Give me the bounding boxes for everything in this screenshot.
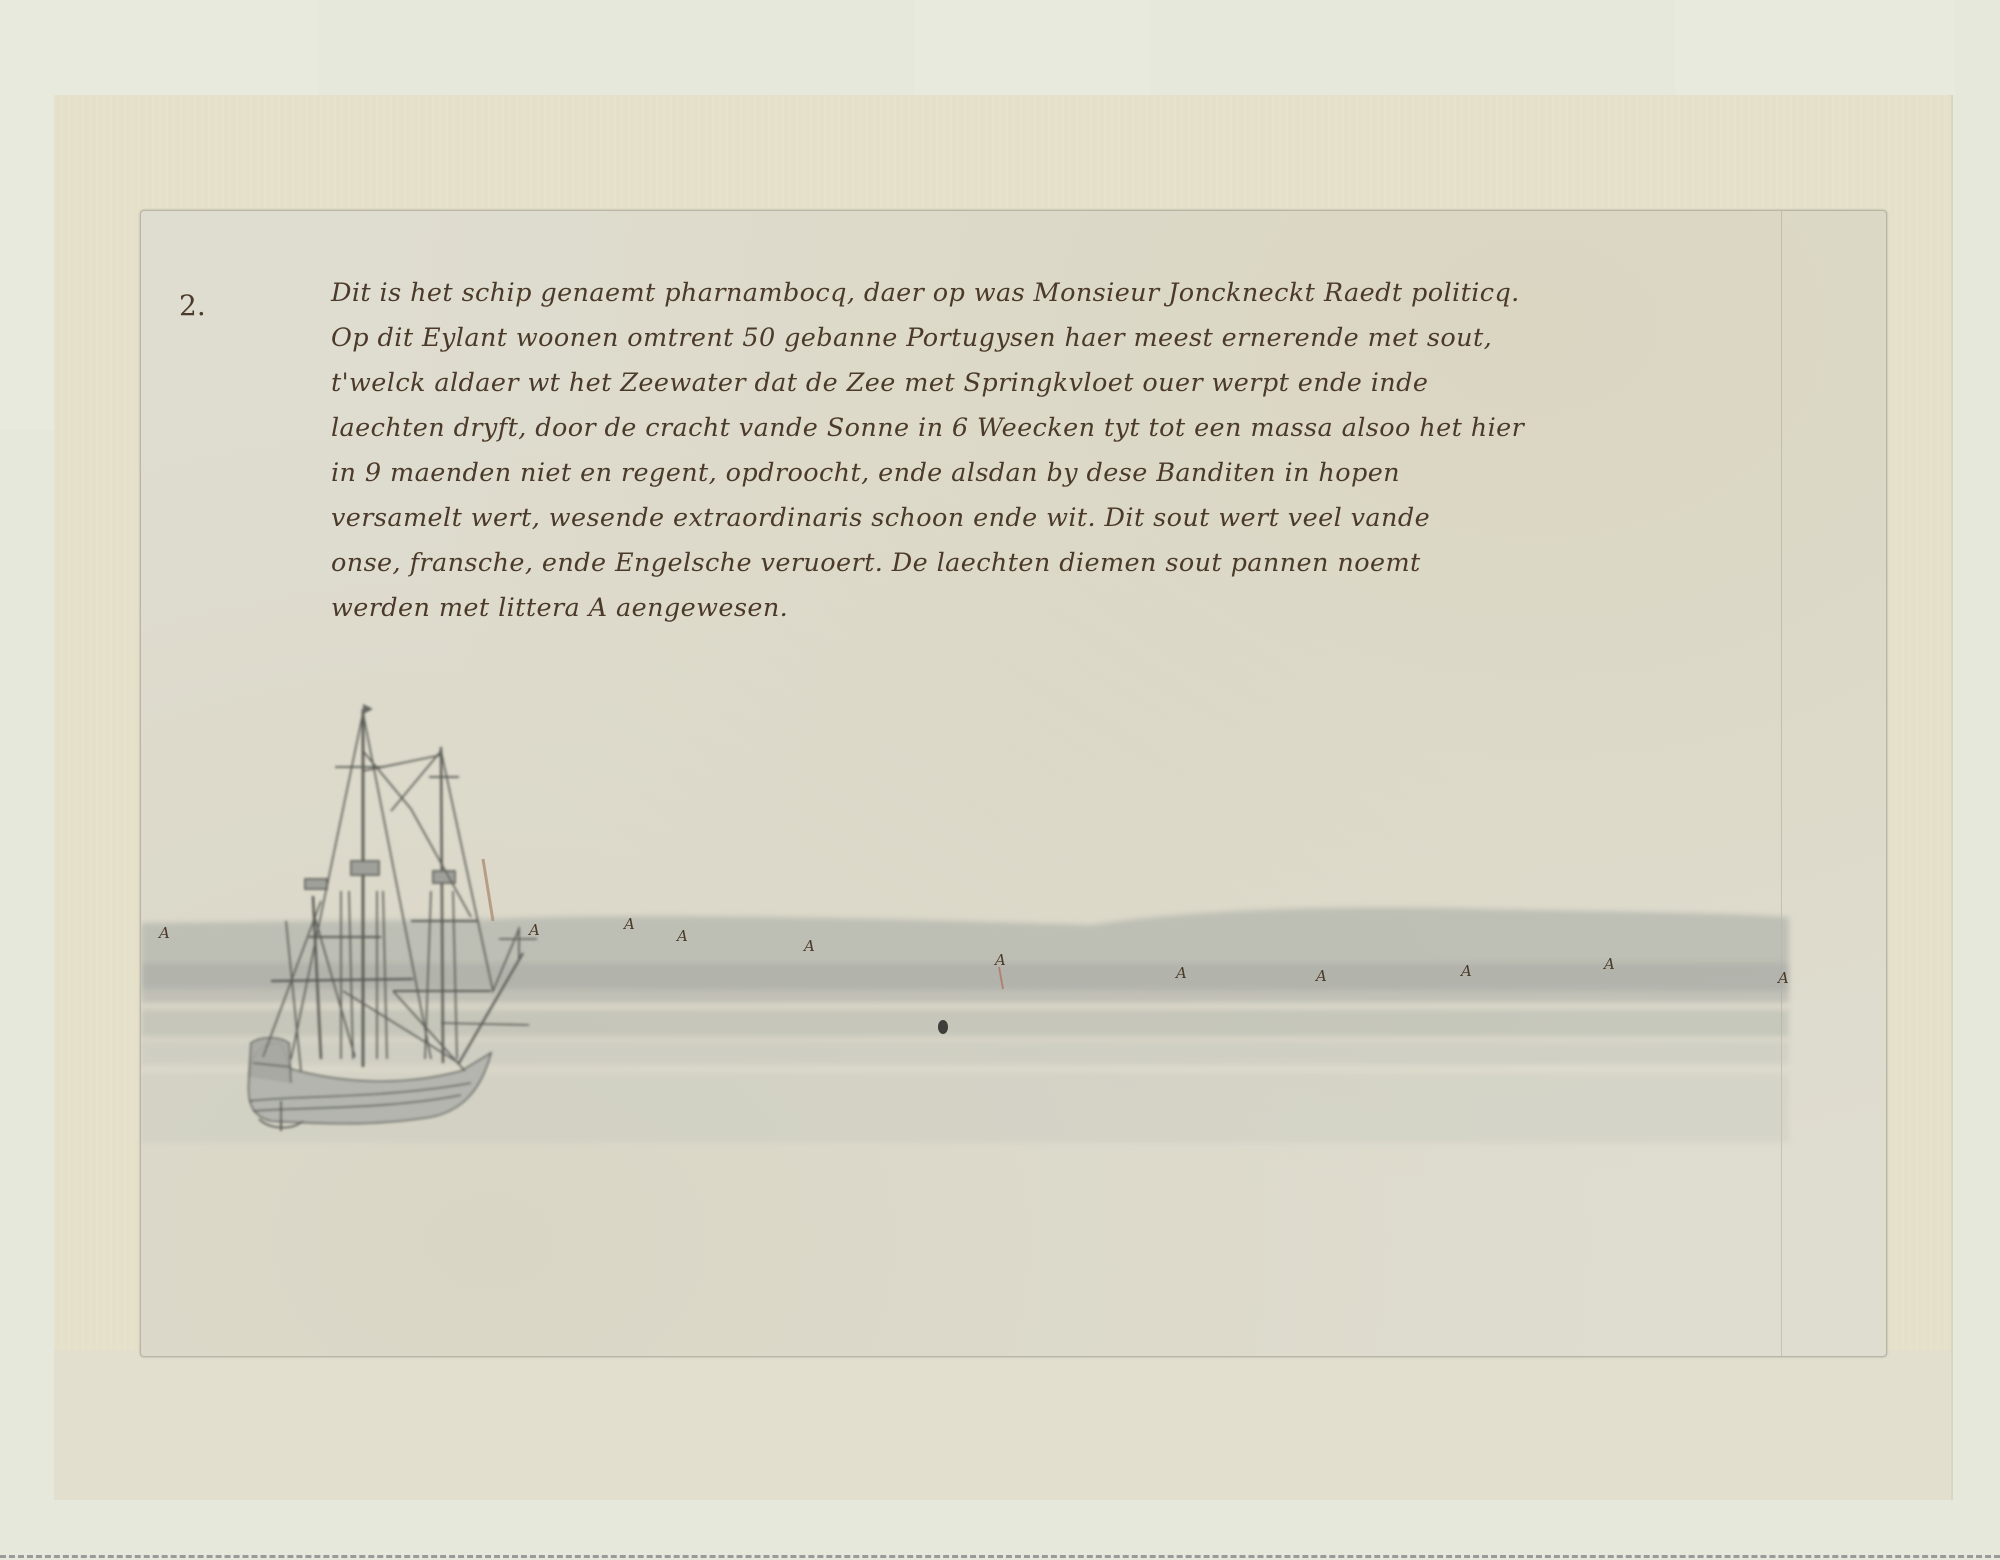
mount-tab — [56, 0, 318, 100]
manuscript-sheet: 2. Dit is het schip genaemt pharnambocq,… — [140, 210, 1887, 1357]
mounting-mat-bottom — [54, 1350, 1951, 1500]
svg-text:A: A — [1459, 962, 1472, 980]
mount-tab — [915, 0, 1150, 105]
svg-text:A: A — [622, 915, 635, 933]
svg-text:A: A — [802, 937, 815, 955]
svg-text:A: A — [527, 921, 540, 939]
svg-text:A: A — [1174, 964, 1187, 982]
mount-tab — [0, 0, 56, 430]
inscription-line: Op dit Eylant woonen omtrent 50 gebanne … — [331, 316, 1751, 361]
svg-text:A: A — [157, 924, 170, 942]
svg-text:A: A — [1602, 955, 1615, 973]
page-number: 2. — [179, 289, 206, 322]
scan-edge — [0, 1555, 2000, 1558]
svg-text:A: A — [675, 927, 688, 945]
inscription-line: in 9 maenden niet en regent, opdroocht, … — [331, 451, 1751, 496]
svg-text:A: A — [1776, 969, 1789, 987]
inscription-line: Dit is het schip genaemt pharnambocq, da… — [331, 271, 1751, 316]
inscription-text: Dit is het schip genaemt pharnambocq, da… — [331, 271, 1751, 631]
svg-text:A: A — [993, 951, 1006, 969]
inscription-line: versamelt wert, wesende extraordinaris s… — [331, 496, 1751, 541]
mount-tab — [1675, 0, 1955, 95]
inscription-line: werden met littera A aengewesen. — [331, 586, 1751, 631]
inscription-line: t'welck aldaer wt het Zeewater dat de Ze… — [331, 361, 1751, 406]
inscription-line: onse, fransche, ende Engelsche veruoert.… — [331, 541, 1751, 586]
inscription-line: laechten dryft, door de cracht vande Son… — [331, 406, 1751, 451]
small-boat-mark — [938, 1020, 948, 1034]
svg-text:A: A — [1314, 967, 1327, 985]
coastal-view-drawing: A A A A A A A A A A A — [141, 691, 1886, 1356]
